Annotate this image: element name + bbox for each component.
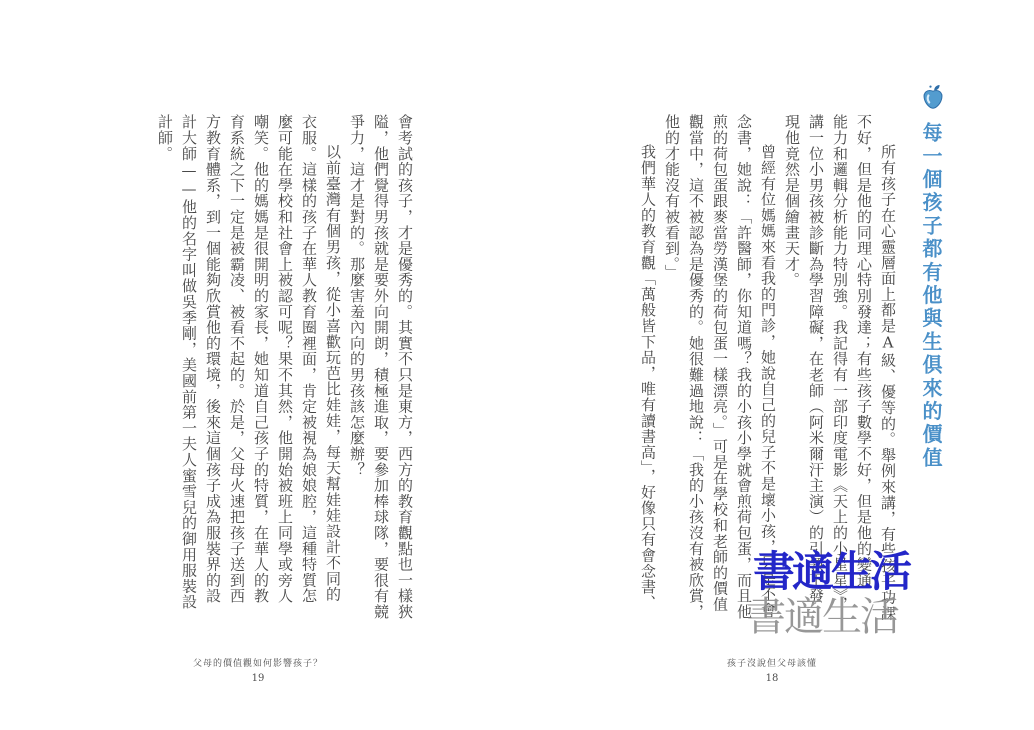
text-column: 隘，他們覺得男孩就是要外向開朗，積極進取，要參加棒球隊，要很有競	[373, 114, 389, 628]
text-column: 煎的荷包蛋跟麥當勞漢堡的荷包蛋一樣漂亮。」可是在學校和老師的價值	[712, 114, 728, 628]
right-page-number: 18	[662, 673, 882, 684]
text-column: 計師。	[157, 114, 173, 628]
text-column: 育系統之下一定是被霸凌、被看不起的。於是，父母火速把孩子送到西	[229, 114, 245, 628]
right-page-footer: 孩子沒說但父母該懂 18	[662, 656, 882, 684]
text-column: 方教育體系，到一個能夠欣賞他的環境，後來這個孩子成為服裝界的設	[205, 114, 221, 628]
text-column: 會考試的孩子，才是優秀的。其實不只是東方，西方的教育觀點也一樣狹	[397, 114, 413, 628]
watermark-blue: 書適生活	[753, 539, 909, 599]
text-column: 嘲笑。他的媽媽是很開明的家長，她知道自己孩子的特質，在華人的教	[253, 114, 269, 628]
text-column: 他的才能沒有被看到。」	[664, 114, 680, 628]
text-column: 以前臺灣有個男孩，從小喜歡玩芭比娃娃，每天幫娃娃設計不同的	[325, 114, 341, 628]
text-column: 計大師——他的名字叫做吳季剛，美國前第一夫人蜜雪兒的御用服裝設	[181, 114, 197, 628]
text-column: 我們華人的教育觀「萬般皆下品，唯有讀書高」，好像只有會念書、	[640, 114, 656, 628]
text-column: 念書，她說：「許醫師，你知道嗎？我的小孩小學就會煎荷包蛋，而且他	[736, 114, 752, 628]
text-column: 觀當中，這不被認為是優秀的。她很難過地說：「我的小孩沒有被欣賞，	[688, 114, 704, 628]
left-footer-title: 父母的價值觀如何影響孩子？	[148, 656, 368, 669]
right-footer-title: 孩子沒說但父母該懂	[662, 656, 882, 669]
book-spread: 每一個孩子都有他與生俱來的價值 所有孩子在心靈層面上都是A級、優等的。舉例來講，…	[0, 0, 1034, 730]
text-column: 麼可能在學校和社會上被認可呢？果不其然，他開始被班上同學或旁人	[277, 114, 293, 628]
chapter-title: 每一個孩子都有他與生俱來的價值	[917, 122, 946, 470]
text-column: 衣服。這樣的孩子在華人教育圈裡面，肯定被視為娘娘腔，這種特質怎	[301, 114, 317, 628]
left-page-number: 19	[148, 673, 368, 684]
apple-heart-icon	[921, 84, 945, 110]
left-page-text: 會考試的孩子，才是優秀的。其實不只是東方，西方的教育觀點也一樣狹 隘，他們覺得男…	[148, 114, 412, 628]
left-page-footer: 父母的價值觀如何影響孩子？ 19	[148, 656, 368, 684]
text-column: 爭力，這才是對的。那麼害羞內向的男孩該怎麼辦？	[349, 114, 365, 628]
